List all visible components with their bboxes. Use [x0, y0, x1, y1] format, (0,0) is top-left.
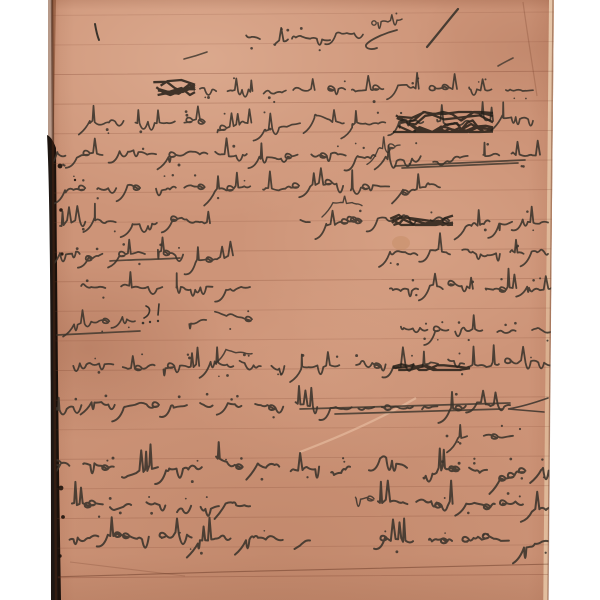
handwritten-line	[153, 73, 533, 103]
handwritten-line	[79, 102, 533, 141]
handwritten-line	[73, 345, 552, 382]
handwritten-line	[54, 168, 440, 205]
handwritten-line	[46, 386, 548, 424]
scribbled-out-text	[153, 80, 195, 95]
strikethrough-stroke	[110, 258, 180, 261]
binding-left-edge	[47, 0, 76, 600]
handwritten-line	[46, 137, 540, 171]
page-right-edge-line	[548, 0, 553, 600]
handwritten-line	[70, 517, 558, 563]
scanned-notebook-photo: ١ ٢٧ نيسان ٩٢٥ بوكون يازييورم	[0, 0, 600, 600]
handwritten-line	[378, 13, 402, 29]
handwritten-line	[446, 425, 522, 453]
ruled-lines	[52, 12, 554, 578]
paper-creases	[52, 2, 554, 577]
underline-flourish	[508, 398, 548, 412]
inserted-small-word	[322, 196, 362, 217]
inserted-small-word	[355, 496, 374, 506]
handwritten-line	[63, 304, 252, 337]
handwritten-line	[246, 27, 330, 51]
handwritten-line	[49, 233, 548, 274]
slash-mark	[427, 9, 458, 47]
inserted-small-word	[215, 350, 252, 364]
handwriting-layer	[0, 0, 600, 600]
page-number-mark	[95, 24, 99, 40]
exclamation-mark	[158, 304, 159, 315]
handwritten-line	[60, 196, 548, 240]
question-mark	[144, 306, 150, 318]
handwritten-line	[81, 269, 552, 302]
header-date-heading	[184, 9, 513, 66]
